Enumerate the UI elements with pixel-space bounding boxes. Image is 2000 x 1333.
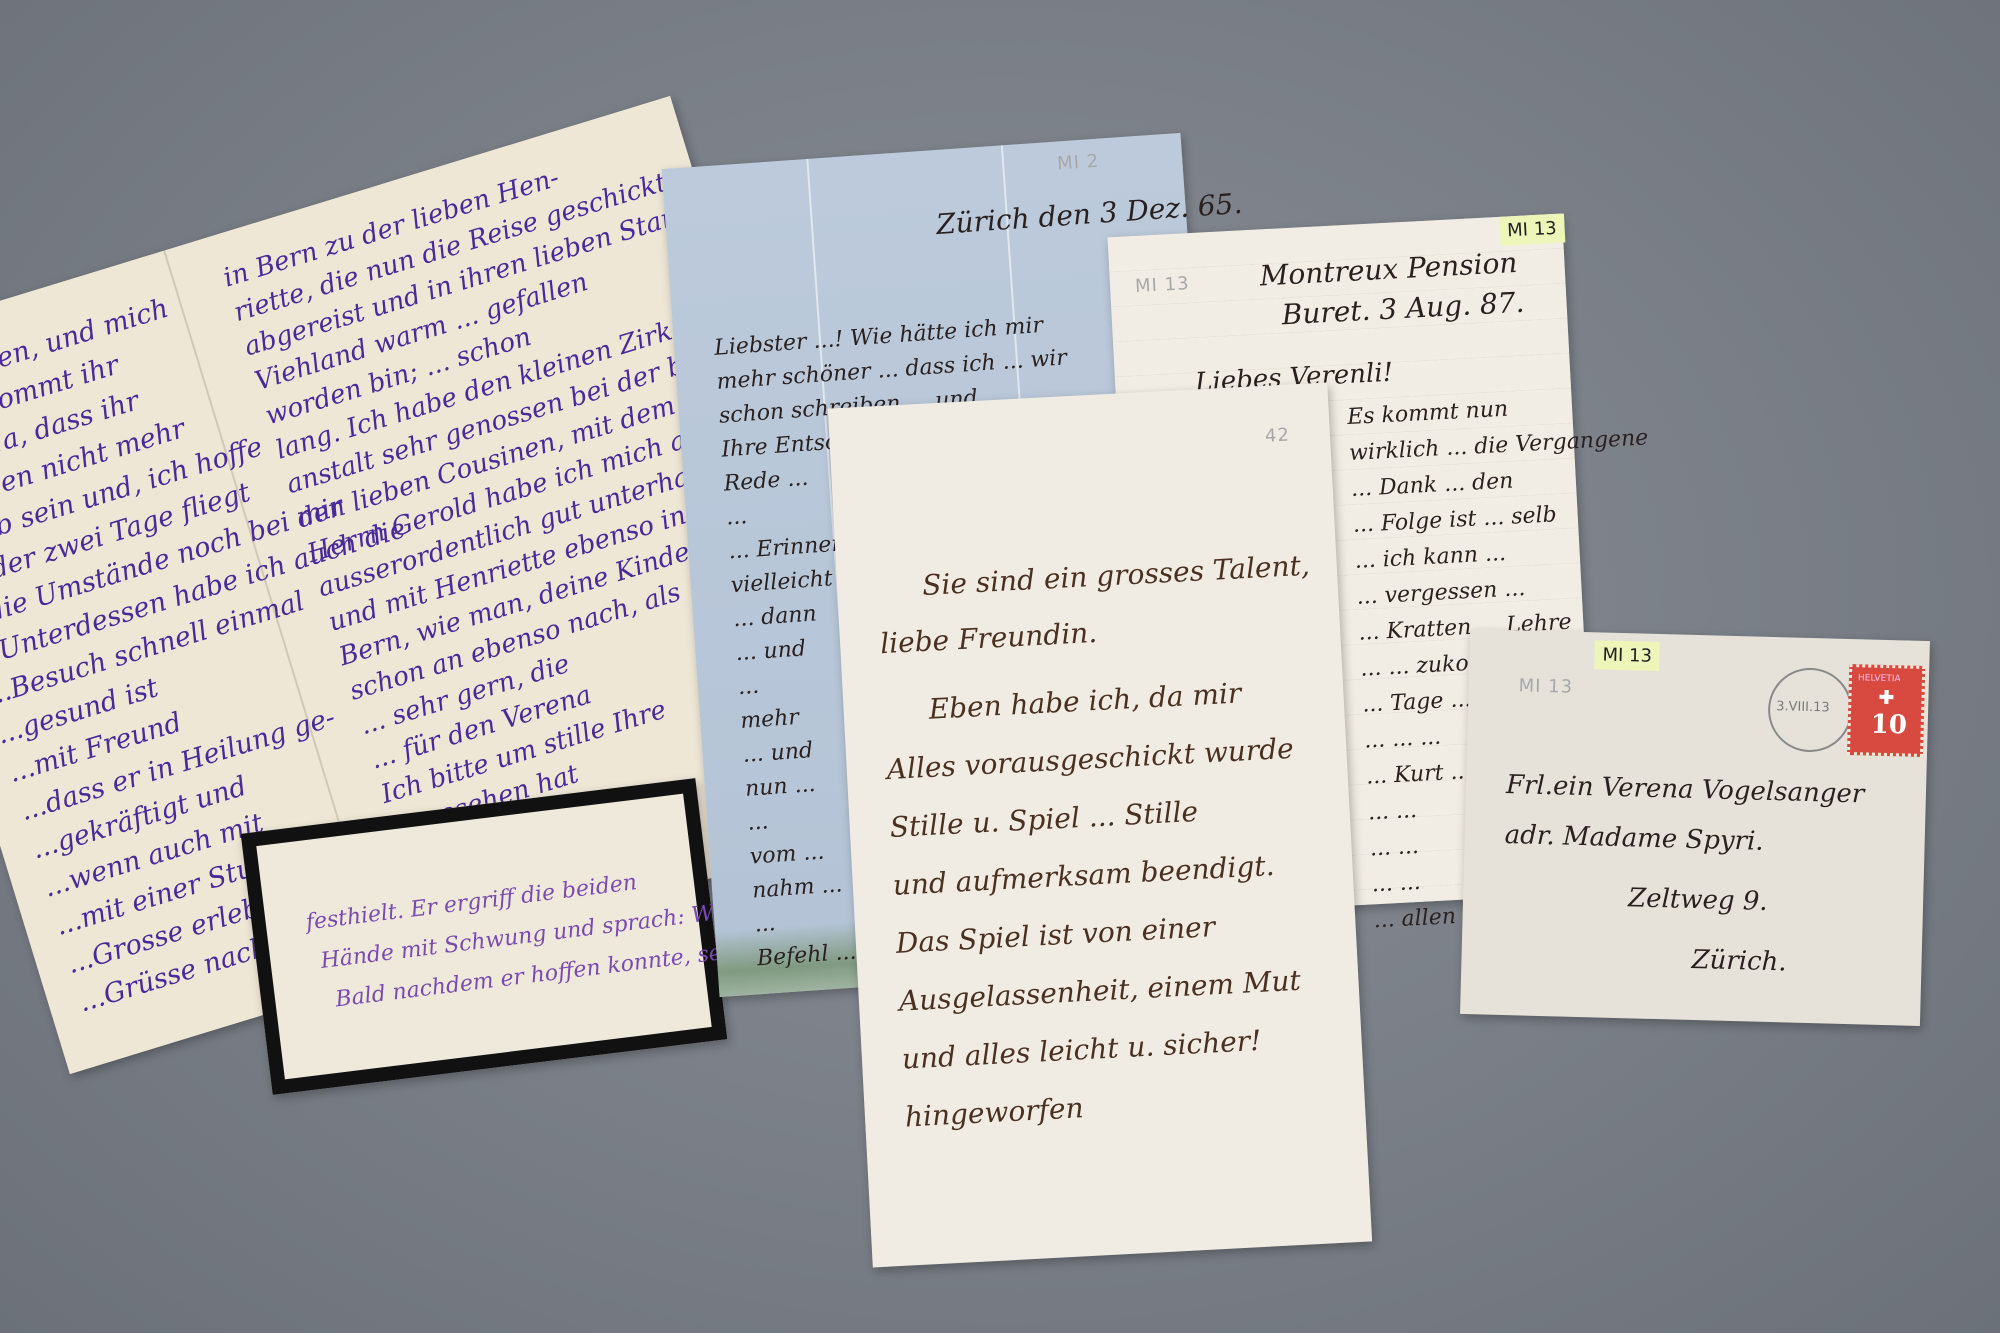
- letterhead-place: Montreux Pension: [1259, 246, 1518, 292]
- cream-letter: 42 Sie sind ein grosses Talent, liebe Fr…: [828, 383, 1372, 1268]
- text-line: ... und: [735, 636, 807, 666]
- text-line: ... vergessen ...: [1356, 576, 1526, 610]
- text-line: Sie sind ein grosses Talent,: [921, 549, 1310, 602]
- address-line: Frl.ein Verena Vogelsanger: [1506, 770, 1865, 809]
- text-line: Es kommt nun: [1347, 397, 1509, 430]
- text-line: vom ...: [749, 840, 825, 870]
- postage-stamp: HELVETIA 10: [1847, 664, 1925, 757]
- text-line: und alles leicht u. sicher!: [901, 1024, 1262, 1076]
- address-line: Zürich.: [1691, 945, 1787, 977]
- text-line: Alles vorausgeschickt wurde: [886, 732, 1295, 786]
- archive-mark: MI 13: [1135, 273, 1190, 297]
- text-line: und aufmerksam beendigt.: [892, 849, 1275, 902]
- text-line: ...: [725, 504, 748, 530]
- text-line: ... Folge ist ... selb: [1352, 502, 1557, 538]
- archive-mark: MI 2: [1057, 151, 1100, 175]
- postmark-date: 3.VIII.13: [1776, 699, 1830, 715]
- text-line: Stille u. Spiel ... Stille: [889, 795, 1199, 844]
- text-line: ... ...: [1371, 870, 1421, 898]
- archive-sticker: MI 13: [1594, 640, 1660, 671]
- address-line: adr. Madame Spyri.: [1504, 820, 1764, 857]
- archive-mark: MI 13: [1518, 675, 1573, 697]
- text-line: Das Spiel ist von einer: [895, 910, 1216, 960]
- swiss-cross-icon: [1879, 690, 1893, 704]
- archive-sticker: MI 13: [1499, 213, 1566, 245]
- text-line: Eben habe ich, da mir: [928, 676, 1242, 725]
- postmark: 3.VIII.13: [1767, 667, 1853, 753]
- text-line: liebe Freundin.: [879, 616, 1098, 660]
- text-line: nun ...: [744, 772, 816, 802]
- text-line: mehr: [740, 705, 800, 734]
- stamp-country: HELVETIA: [1858, 673, 1901, 684]
- text-line: Ausgelassenheit, einem Mut: [898, 964, 1301, 1018]
- text-line: vielleicht: [730, 566, 833, 598]
- text-line: Befehl ...: [756, 940, 857, 972]
- letterhead-date: Buret. 3 Aug. 87.: [1281, 286, 1525, 332]
- text-line: ...: [747, 809, 770, 835]
- text-line: ... ich kann ...: [1354, 541, 1506, 574]
- text-line: ... Dank ... den: [1350, 468, 1514, 501]
- text-line: ... ...: [1369, 834, 1419, 862]
- text-line: nahm ...: [751, 872, 843, 903]
- text-line: ... ... ...: [1364, 725, 1442, 754]
- envelope: MI 13 MI 13 3.VIII.13 HELVETIA 10 Frl.ei…: [1460, 629, 1930, 1026]
- mourning-card: festhielt. Er ergriff die beiden Hände m…: [241, 778, 728, 1095]
- text-line: ...: [737, 674, 760, 700]
- text-line: hingeworfen: [904, 1091, 1084, 1133]
- text-line: Rede ...: [723, 466, 809, 497]
- archive-mark: 42: [1264, 425, 1290, 447]
- text-line: ... dann: [732, 601, 817, 632]
- text-line: ... und: [742, 738, 814, 768]
- stamp-value: 10: [1870, 710, 1907, 741]
- text-line: ... Kurt ...: [1365, 759, 1472, 789]
- text-line: ... allen: [1373, 904, 1457, 933]
- address-line: Zeltweg 9.: [1628, 883, 1768, 917]
- text-line: ... ...: [1367, 798, 1417, 826]
- text-line: ...: [754, 911, 777, 937]
- text-line: wirklich ... die Vergangene: [1349, 425, 1649, 466]
